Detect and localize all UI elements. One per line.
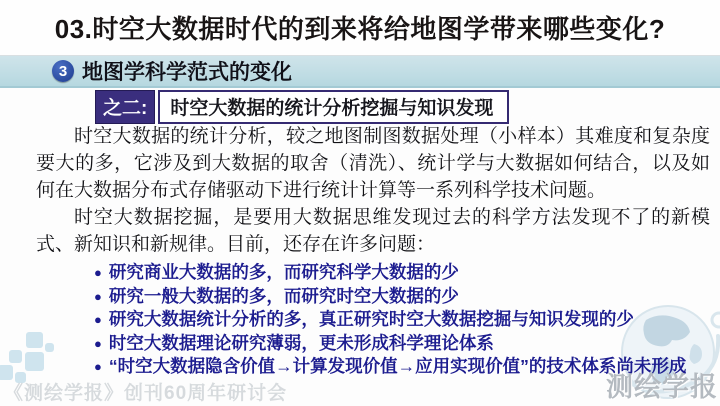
title-band: 03.时空大数据时代的到来将给地图学带来哪些变化? [0,0,720,56]
section-header-bar: 3 地图学科学范式的变化 [0,56,720,88]
decor-square [9,350,22,363]
list-item: ●研究大数据统计分析的多，真正研究时空大数据挖掘与知识发现的少 [94,308,710,332]
presentation-slide: 03.时空大数据时代的到来将给地图学带来哪些变化? 3 地图学科学范式的变化 之… [0,0,720,406]
list-item: ●研究一般大数据的多，而研究时空大数据的少 [94,285,710,309]
slide-title: 03.时空大数据时代的到来将给地图学带来哪些变化? [18,9,702,46]
section-number-badge: 3 [52,60,74,82]
paragraph-2: 时空大数据挖掘，是要用大数据思维发现过去的科学方法发现不了的新模式、新知识和新规… [36,204,710,258]
paragraph-1: 时空大数据的统计分析，较之地图制图数据处理（小样本）其难度和复杂度要大的多，它涉… [36,123,710,204]
section-label: 地图学科学范式的变化 [82,56,292,86]
problem-list: ●研究商业大数据的多，而研究科学大数据的少 ●研究一般大数据的多，而研究时空大数… [36,261,710,379]
list-item: ●时空大数据理论研究薄弱，更未形成科学理论体系 [94,332,710,356]
bullet-icon: ● [94,359,102,374]
subtitle-text-box: 时空大数据的统计分析挖掘与知识发现 [158,90,509,124]
list-item: ●研究商业大数据的多，而研究科学大数据的少 [94,261,710,285]
journal-watermark: 测绘学报 [606,365,718,404]
bullet-icon: ● [94,336,102,351]
bullet-icon: ● [94,289,102,304]
body-text: 时空大数据的统计分析，较之地图制图数据处理（小样本）其难度和复杂度要大的多，它涉… [36,123,710,379]
bullet-icon: ● [94,312,102,327]
left-watermark: 《测绘学报》创刊60周年研讨会 [4,378,287,405]
subtitle-row: 之二: 时空大数据的统计分析挖掘与知识发现 [95,90,509,124]
subtitle-prefix: 之二: [95,90,155,124]
bullet-icon: ● [94,265,102,280]
